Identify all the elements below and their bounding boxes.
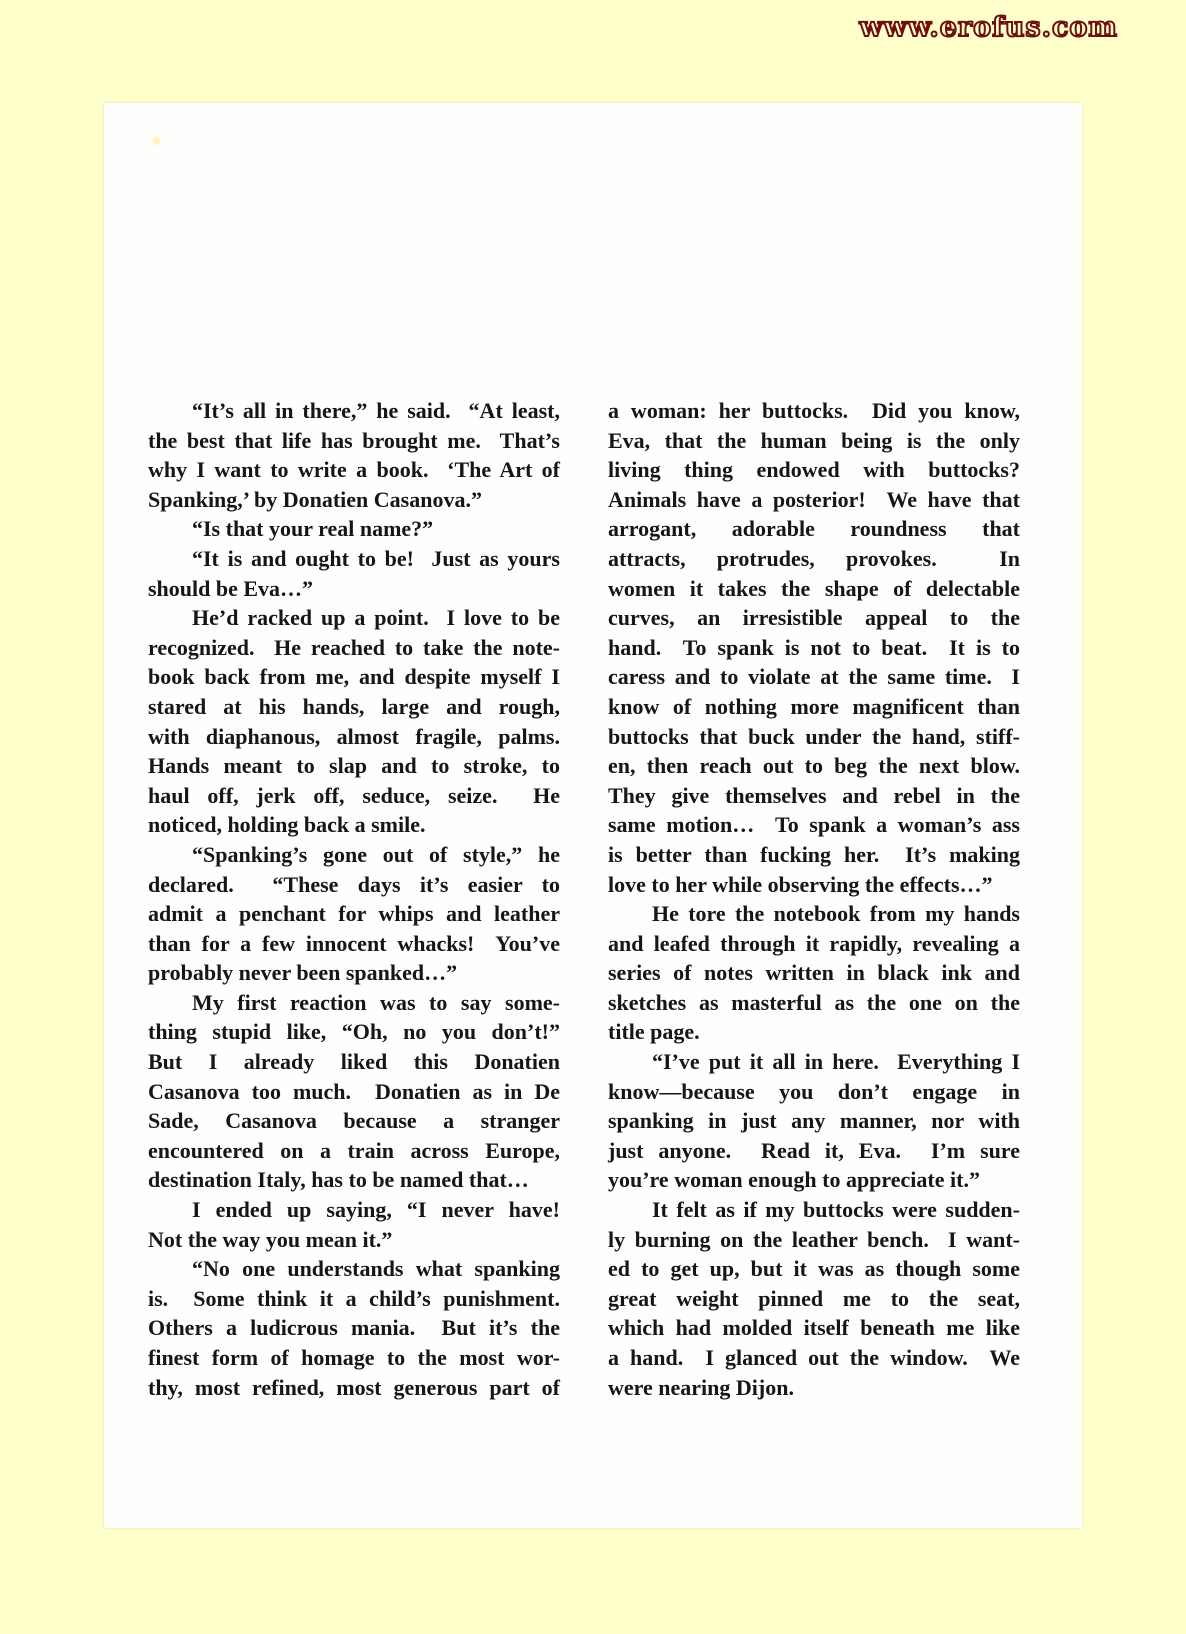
text-line: encountered on a train across Europe, [148,1136,560,1166]
text-line: Not the way you mean it.” [148,1225,560,1255]
text-line: Hands meant to slap and to stroke, to [148,751,560,781]
text-line: stared at his hands, large and rough, [148,692,560,722]
text-line: living thing endowed with buttocks? [608,455,1020,485]
text-line: It felt as if my buttocks were sudden- [608,1195,1020,1225]
text-line: great weight pinned me to the seat, [608,1284,1020,1314]
text-line: “It is and ought to be! Just as yours [148,544,560,574]
text-line: than for a few innocent whacks! You’ve [148,929,560,959]
text-line: recognized. He reached to take the note- [148,633,560,663]
text-line: ed to get up, but it was as though some [608,1254,1020,1284]
text-line: curves, an irresistible appeal to the [608,603,1020,633]
watermark: www.erofus.com [859,12,1118,43]
text-line: They give themselves and rebel in the [608,781,1020,811]
text-line: ly burning on the leather bench. I want- [608,1225,1020,1255]
text-line: “Is that your real name?” [148,514,560,544]
text-line: destination Italy, has to be named that… [148,1165,560,1195]
text-line: My first reaction was to say some- [148,988,560,1018]
text-line: But I already liked this Donatien [148,1047,560,1077]
text-line: Sade, Casanova because a stranger [148,1106,560,1136]
text-line: “No one understands what spanking [148,1254,560,1284]
text-line: Animals have a posterior! We have that [608,485,1020,515]
text-line: why I want to write a book. ‘The Art of [148,455,560,485]
scan-artifact [153,136,160,145]
text-line: book back from me, and despite myself I [148,662,560,692]
text-line: title page. [608,1017,1020,1047]
text-line: were nearing Dijon. [608,1373,1020,1403]
text-line: Spanking,’ by Donatien Casanova.” [148,485,560,515]
text-line: haul off, jerk off, seduce, seize. He [148,781,560,811]
text-line: Others a ludicrous mania. But it’s the [148,1313,560,1343]
text-line: arrogant, adorable roundness that [608,514,1020,544]
text-line: which had molded itself beneath me like [608,1313,1020,1343]
text-line: probably never been spanked…” [148,958,560,988]
scan-background: www.erofus.com “It’s all in there,” he s… [0,0,1186,1634]
text-line: is better than fucking her. It’s making [608,840,1020,870]
text-line: a woman: her buttocks. Did you know, [608,396,1020,426]
text-line: en, then reach out to beg the next blow. [608,751,1020,781]
text-line: “Spanking’s gone out of style,” he [148,840,560,870]
text-line: thing stupid like, “Oh, no you don’t!” [148,1017,560,1047]
text-line: I ended up saying, “I never have! [148,1195,560,1225]
text-line: caress and to violate at the same time. … [608,662,1020,692]
text-line: with diaphanous, almost fragile, palms. [148,722,560,752]
text-line: you’re woman enough to appreciate it.” [608,1165,1020,1195]
text-line: sketches as masterful as the one on the [608,988,1020,1018]
text-line: just anyone. Read it, Eva. I’m sure [608,1136,1020,1166]
text-line: hand. To spank is not to beat. It is to [608,633,1020,663]
text-line: know of nothing more magnificent than [608,692,1020,722]
text-line: thy, most refined, most generous part of [148,1373,560,1403]
text-line: “It’s all in there,” he said. “At least, [148,396,560,426]
text-line: buttocks that buck under the hand, stiff… [608,722,1020,752]
text-line: admit a penchant for whips and leather [148,899,560,929]
text-line: the best that life has brought me. That’… [148,426,560,456]
text-line: Eva, that the human being is the only [608,426,1020,456]
text-line: love to her while observing the effects…… [608,870,1020,900]
text-line: He’d racked up a point. I love to be [148,603,560,633]
text-line: declared. “These days it’s easier to [148,870,560,900]
text-line: and leafed through it rapidly, revealing… [608,929,1020,959]
text-line: should be Eva…” [148,574,560,604]
text-line: attracts, protrudes, provokes. In [608,544,1020,574]
text-line: “I’ve put it all in here. Everything I [608,1047,1020,1077]
book-page: “It’s all in there,” he said. “At least,… [104,103,1082,1528]
text-line: He tore the notebook from my hands [608,899,1020,929]
text-line: same motion… To spank a woman’s ass [608,810,1020,840]
text-line: is. Some think it a child’s punishment. [148,1284,560,1314]
text-line: noticed, holding back a smile. [148,810,560,840]
text-line: a hand. I glanced out the window. We [608,1343,1020,1373]
text-line: Casanova too much. Donatien as in De [148,1077,560,1107]
text-column-left: “It’s all in there,” he said. “At least,… [148,396,560,1402]
text-column-right: a woman: her buttocks. Did you know,Eva,… [608,396,1020,1402]
text-line: women it takes the shape of delectable [608,574,1020,604]
text-line: finest form of homage to the most wor- [148,1343,560,1373]
text-line: know—because you don’t engage in [608,1077,1020,1107]
text-line: series of notes written in black ink and [608,958,1020,988]
text-line: spanking in just any manner, nor with [608,1106,1020,1136]
